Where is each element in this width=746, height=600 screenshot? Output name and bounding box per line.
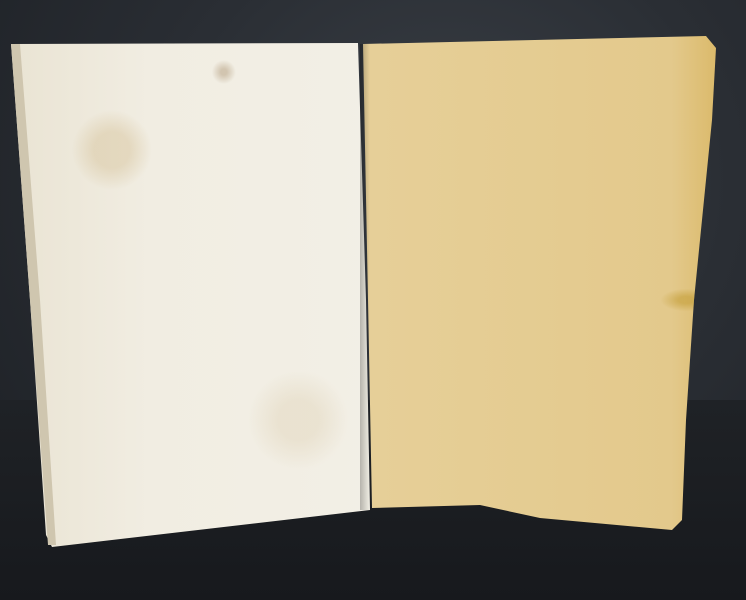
book-spine [360, 44, 370, 510]
